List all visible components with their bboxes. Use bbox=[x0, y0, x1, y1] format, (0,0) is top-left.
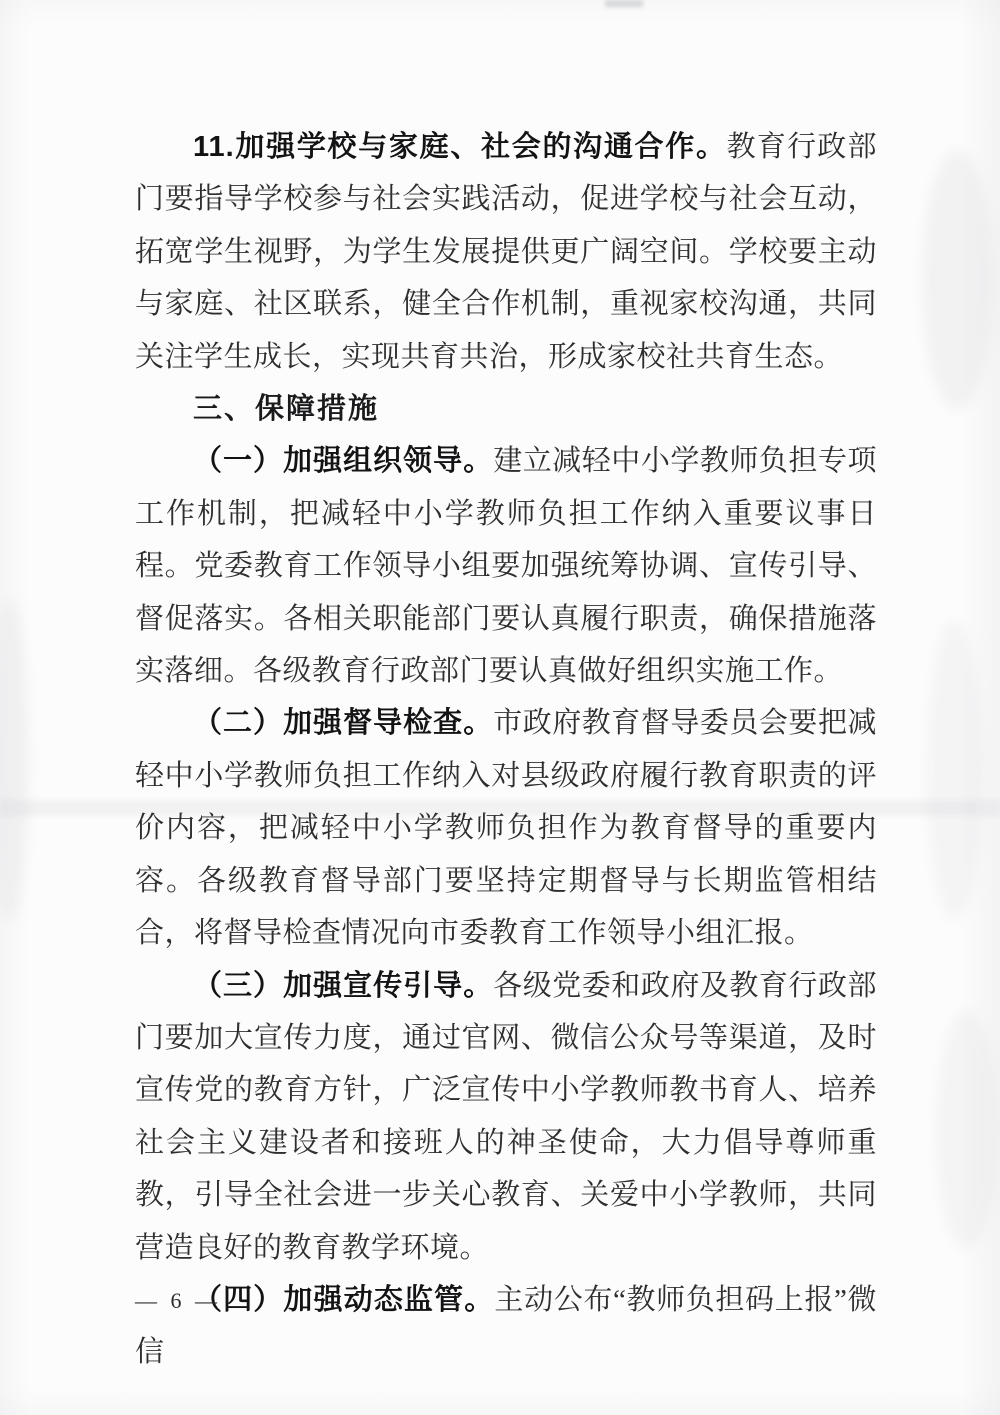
paragraph-text: 各级党委和政府及教育行政部门要加大宣传力度，通过官网、微信公众号等渠道，及时宣传… bbox=[135, 970, 877, 1264]
paragraph-text: 教育行政部门要指导学校参与社会实践活动，促进学校与社会互动，拓宽学生视野，为学生… bbox=[135, 131, 877, 373]
document-page: 11.加强学校与家庭、社会的沟通合作。教育行政部门要指导学校参与社会实践活动，促… bbox=[0, 0, 1000, 1415]
document-body: 11.加强学校与家庭、社会的沟通合作。教育行政部门要指导学校参与社会实践活动，促… bbox=[135, 121, 877, 1379]
scan-artifact bbox=[927, 620, 982, 920]
scan-artifact bbox=[605, 0, 643, 7]
section-heading: 三、保障措施 bbox=[135, 383, 877, 435]
scan-artifact bbox=[0, 600, 30, 920]
paragraph: （三）加强宣传引导。各级党委和政府及教育行政部门要加大宣传力度，通过官网、微信公… bbox=[135, 960, 877, 1274]
paragraph: （二）加强督导检查。市政府教育督导委员会要把减轻中小学教师负担工作纳入对县级政府… bbox=[135, 697, 877, 959]
paragraph-lead: （一）加强组织领导。 bbox=[193, 445, 493, 477]
paragraph: （四）加强动态监管。主动公布“教师负担码上报”微信 bbox=[135, 1274, 877, 1379]
paragraph-text: 建立减轻中小学教师负担专项工作机制，把减轻中小学教师负担工作纳入重要议事日程。党… bbox=[135, 445, 877, 687]
paragraph-text: 三、保障措施 bbox=[193, 393, 379, 425]
paragraph-text: 市政府教育督导委员会要把减轻中小学教师负担工作纳入对县级政府履行教育职责的评价内… bbox=[135, 707, 877, 949]
page-number: — 6 — bbox=[135, 1288, 221, 1314]
scan-artifact bbox=[936, 1010, 996, 1250]
scan-artifact bbox=[922, 150, 992, 410]
paragraph-lead: （二）加强督导检查。 bbox=[193, 707, 493, 739]
paragraph: 11.加强学校与家庭、社会的沟通合作。教育行政部门要指导学校参与社会实践活动，促… bbox=[135, 121, 877, 383]
paragraph-lead: （四）加强动态监管。 bbox=[193, 1284, 494, 1316]
paragraph-lead: 11.加强学校与家庭、社会的沟通合作。 bbox=[193, 131, 727, 163]
paragraph-lead: （三）加强宣传引导。 bbox=[193, 970, 493, 1002]
paragraph: （一）加强组织领导。建立减轻中小学教师负担专项工作机制，把减轻中小学教师负担工作… bbox=[135, 435, 877, 697]
